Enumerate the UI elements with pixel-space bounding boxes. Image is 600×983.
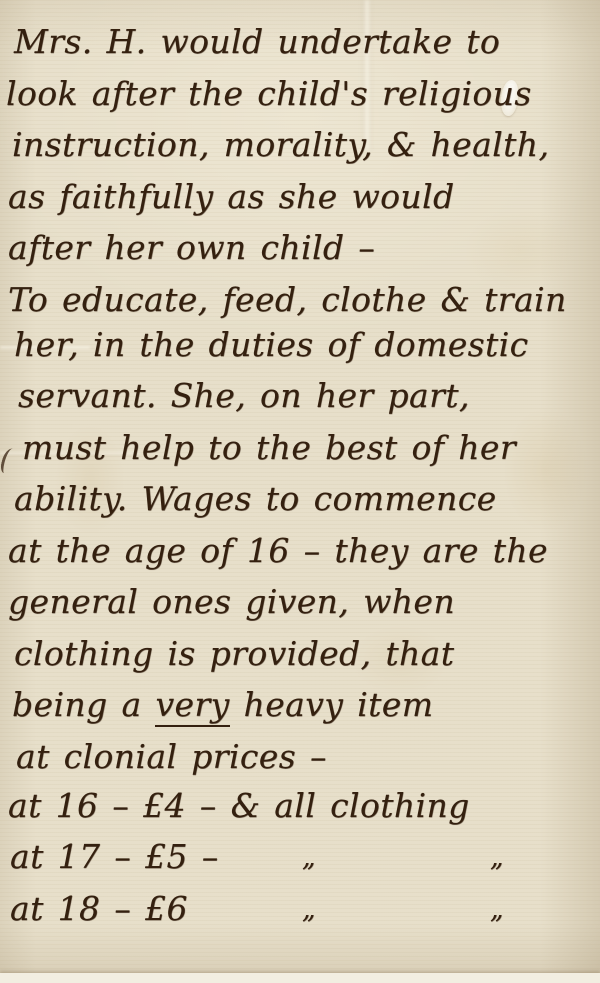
letter-line-15: at clonial prices –	[6, 737, 596, 786]
line-14-post: heavy item	[230, 685, 434, 724]
letter-line-6: To educate, feed, clothe & train	[6, 280, 596, 325]
ditto-mark: „	[490, 843, 504, 873]
letter-line-10: ability. Wages to commence	[6, 479, 596, 531]
letter-line-14: being a very heavy item	[6, 685, 596, 737]
letter-line-13: clothing is provided, that	[6, 634, 596, 686]
letter-line-12: general ones given, when	[6, 582, 596, 634]
letter-line-16: at 16 – £4 – & all clothing	[6, 786, 596, 838]
letter-line-9: must help to the best of her	[6, 428, 596, 480]
letter-body: Mrs. H. would undertake to look after th…	[6, 22, 596, 940]
letter-line-4: as faithfully as she would	[6, 177, 596, 229]
ditto-mark: „	[490, 895, 504, 925]
line-14-pre: being a	[12, 685, 155, 724]
letter-line-2: look after the child's religious	[6, 74, 596, 126]
letter-line-17: at 17 – £5 – „ „	[6, 837, 596, 889]
letter-line-8: servant. She, on her part,	[6, 376, 596, 428]
letter-line-1: Mrs. H. would undertake to	[6, 22, 596, 74]
letter-page: Mrs. H. would undertake to look after th…	[0, 0, 600, 983]
line-17-main: at 17 – £5 –	[10, 837, 219, 876]
letter-line-18: at 18 – £6 „ „	[6, 889, 596, 941]
ditto-mark: „	[302, 895, 316, 925]
ditto-mark: „	[302, 843, 316, 873]
letter-line-11: at the age of 16 – they are the	[6, 531, 596, 583]
underlined-word-very: very	[155, 685, 229, 727]
letter-line-5: after her own child –	[6, 228, 596, 280]
letter-line-3: instruction, morality, & health,	[6, 125, 596, 177]
letter-line-7: her, in the duties of domestic	[6, 325, 596, 377]
line-18-main: at 18 – £6	[10, 889, 188, 928]
paper-bottom-edge	[0, 973, 600, 983]
